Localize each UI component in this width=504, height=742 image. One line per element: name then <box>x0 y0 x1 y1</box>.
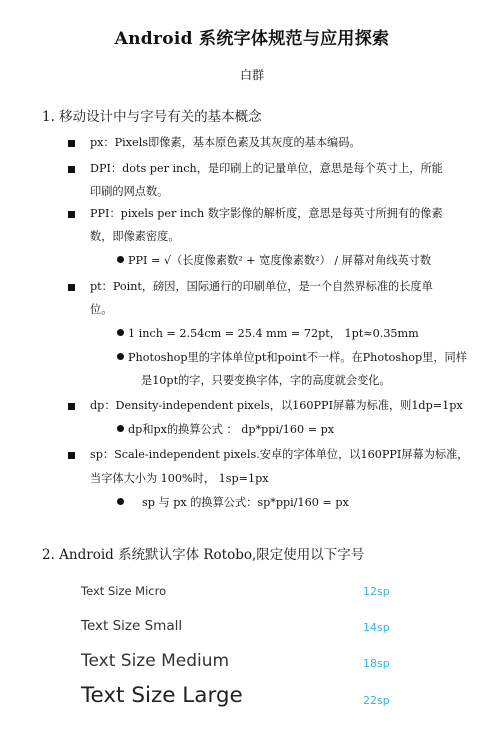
author-name: 白群 <box>0 66 504 83</box>
item-ppi-line-1: PPI：pixels per inch 数字影像的解析度，意思是每英寸所拥有的像… <box>90 205 443 221</box>
text-size-micro-sample: Text Size Micro <box>81 584 166 598</box>
text-size-small-value: 14sp <box>363 621 390 634</box>
photoshop-note-line-1: Photoshop里的字体单位pt和point不一样。在Photoshop里，同… <box>117 349 467 365</box>
item-pt-line-2: 位。 <box>90 301 112 317</box>
text-size-large-value: 22sp <box>363 694 390 707</box>
round-bullet-icon <box>117 425 124 432</box>
item-dp-line-1: dp：Density-independent pixels，以160PPI屏幕为… <box>90 397 463 413</box>
round-bullet-icon <box>117 256 124 263</box>
square-bullet-icon <box>68 284 75 291</box>
text-size-small-sample: Text Size Small <box>81 618 182 634</box>
sp-formula: sp 与 px 的换算公式：sp*ppi/160 = px <box>117 494 349 510</box>
document-title: Android 系统字体规范与应用探索 <box>0 24 504 49</box>
item-ppi-line-2: 数，即像素密度。 <box>90 228 180 244</box>
square-bullet-icon <box>68 211 75 218</box>
item-dpi-line-1: DPI：dots per inch，是印刷上的记量单位，意思是每个英寸上，所能 <box>90 160 443 176</box>
section-1-heading: 1. 移动设计中与字号有关的基本概念 <box>42 105 262 125</box>
square-bullet-icon <box>68 452 75 459</box>
photoshop-note-line-2: 是10pt的字，只要变换字体，字的高度就会变化。 <box>141 372 391 388</box>
item-px-line-1: px：Pixels即像素，基本原色素及其灰度的基本编码。 <box>90 134 361 150</box>
text-size-medium-sample: Text Size Medium <box>81 651 229 671</box>
text-size-medium-value: 18sp <box>363 657 390 670</box>
square-bullet-icon <box>68 166 75 173</box>
text-size-large-sample: Text Size Large <box>81 683 243 708</box>
item-pt-line-1: pt：Point，磅因，国际通行的印刷单位，是一个自然界标准的长度单 <box>90 278 433 294</box>
dp-formula: dp和px的换算公式 ： dp*ppi/160 = px <box>117 421 334 437</box>
round-bullet-icon <box>117 353 124 360</box>
item-dpi-line-2: 印刷的网点数。 <box>90 183 168 199</box>
square-bullet-icon <box>68 403 75 410</box>
text-size-micro-value: 12sp <box>363 585 390 598</box>
item-sp-line-2: 当字体大小为 100%时， 1sp=1px <box>90 470 269 486</box>
round-bullet-icon <box>117 498 124 505</box>
section-2-heading: 2. Android 系统默认字体 Rotobo,限定使用以下字号 <box>42 543 364 563</box>
round-bullet-icon <box>117 329 124 336</box>
ppi-formula: PPI = √（长度像素数² + 宽度像素数²） / 屏幕对角线英寸数 <box>117 252 431 268</box>
square-bullet-icon <box>68 140 75 147</box>
pt-conversion: 1 inch = 2.54cm = 25.4 mm = 72pt， 1pt≈0.… <box>117 325 419 341</box>
item-sp-line-1: sp：Scale-independent pixels.安卓的字体单位，以160… <box>90 446 468 462</box>
